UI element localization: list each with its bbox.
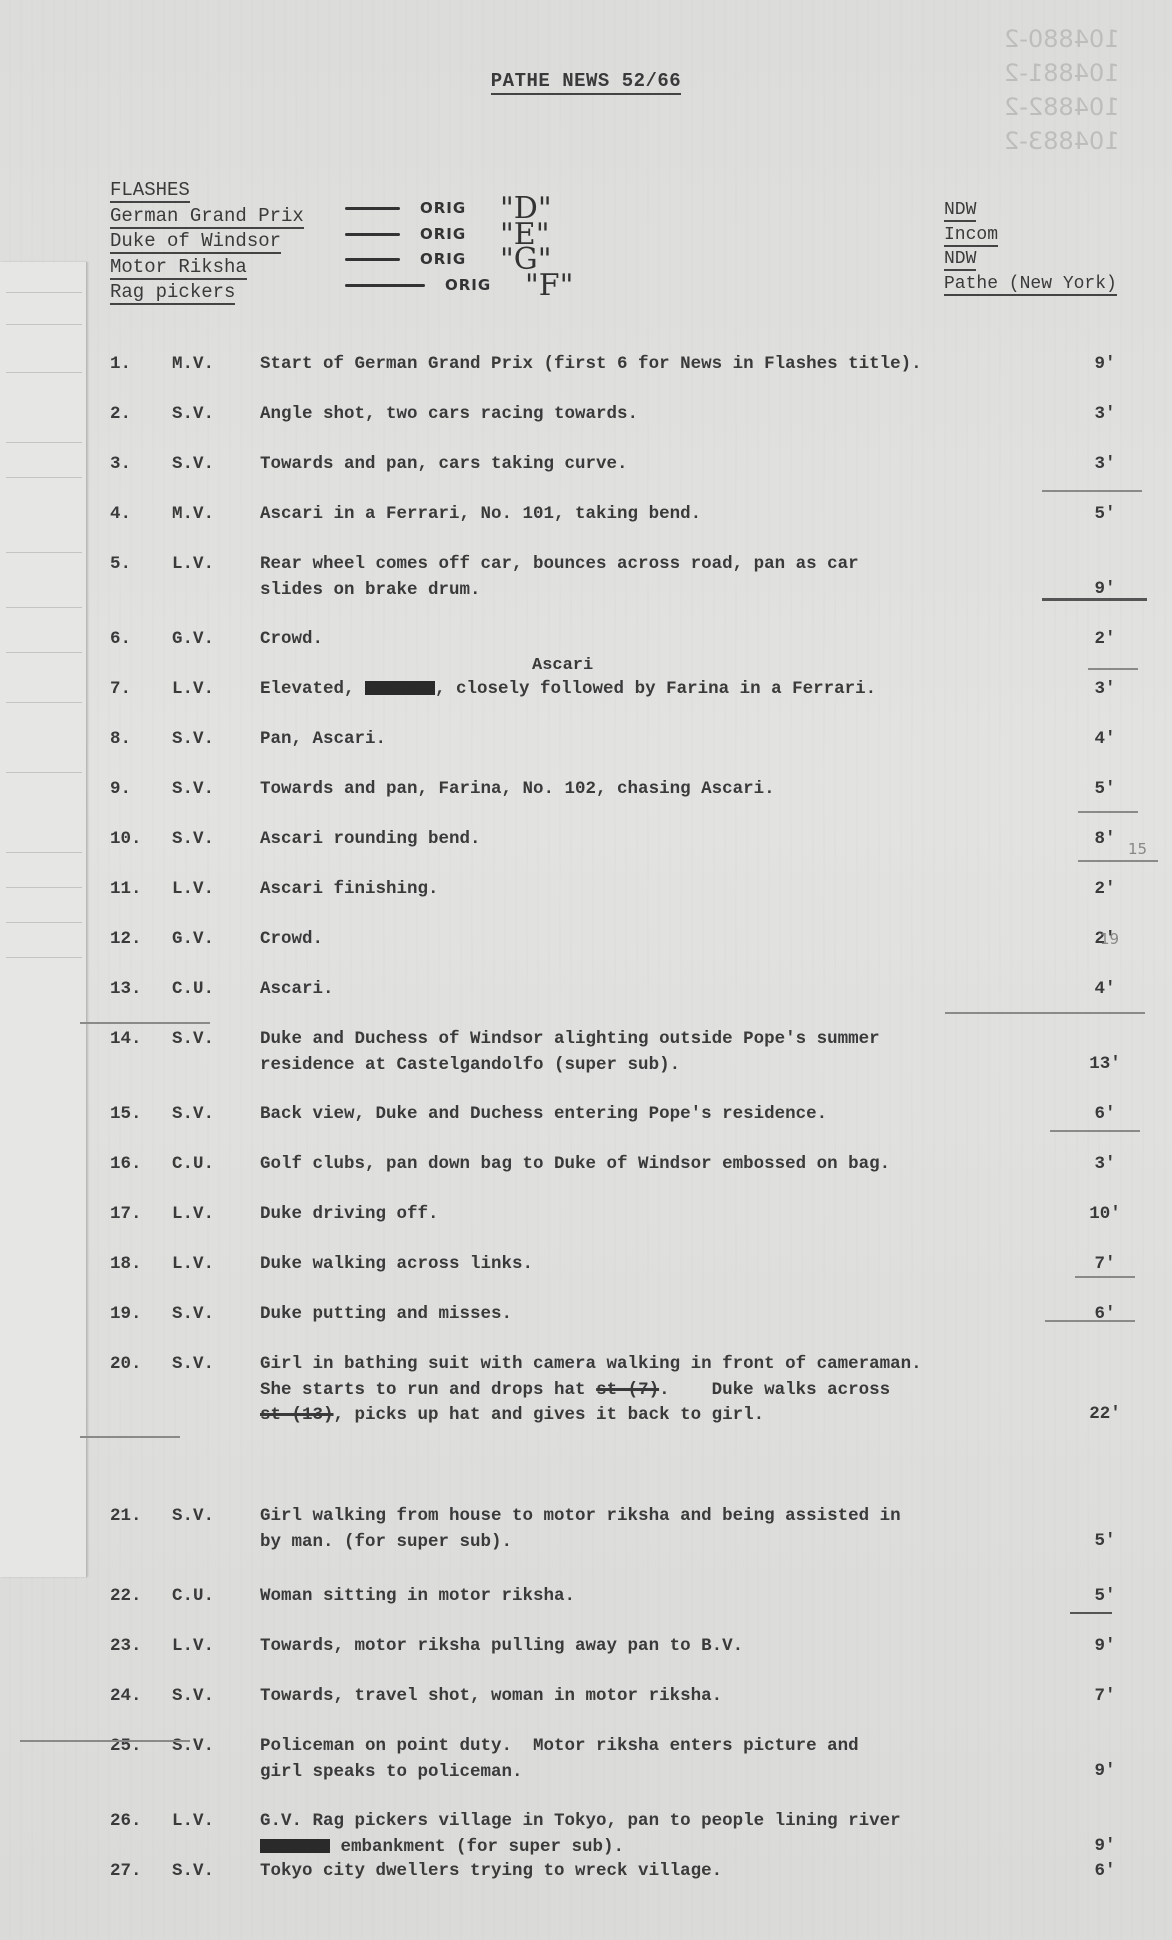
shot-type: S.V. (172, 1859, 232, 1885)
shot-description: Towards, motor riksha pulling away pan t… (260, 1634, 1060, 1660)
typed-correction: Ascari (532, 653, 593, 679)
shot-description: Crowd. (260, 927, 1060, 953)
shot-number: 18. (110, 1252, 150, 1278)
shot-footage: 7' (1070, 1684, 1140, 1710)
document-title: PATHE NEWS 52/66 (0, 70, 1172, 92)
shot-type: S.V. (172, 1302, 232, 1328)
shot-type: S.V. (172, 1352, 232, 1378)
shot-description: Duke putting and misses. (260, 1302, 1060, 1328)
pencil-rule (945, 1012, 1145, 1014)
source-item: Incom (944, 225, 998, 247)
shot-description: Golf clubs, pan down bag to Duke of Wind… (260, 1152, 1060, 1178)
ink-rule (1070, 1612, 1112, 1614)
shot-type: S.V. (172, 452, 232, 478)
shot-footage: 9' (1070, 1759, 1140, 1785)
shot-number: 12. (110, 927, 150, 953)
shot-type: S.V. (172, 727, 232, 753)
shot-type: G.V. (172, 927, 232, 953)
shot-number: 20. (110, 1352, 150, 1378)
shot-footage: 3' (1070, 1152, 1140, 1178)
shot-number: 9. (110, 777, 150, 803)
handwritten-orig-annotations: ORIG"D" ORIG"E" ORIG"G" ORIG"F" (345, 196, 573, 298)
shot-number: 19. (110, 1302, 150, 1328)
shot-description: Crowd. (260, 627, 1060, 653)
source-item: Pathe (New York) (944, 274, 1117, 296)
redacted-text (260, 1839, 330, 1853)
shot-type: L.V. (172, 1202, 232, 1228)
shot-type: M.V. (172, 502, 232, 528)
struck-text: st (7) (596, 1380, 659, 1400)
margin-note: 15 (1128, 840, 1147, 858)
shot-type: L.V. (172, 677, 232, 703)
shot-type: M.V. (172, 352, 232, 378)
shot-footage: 4' (1070, 727, 1140, 753)
ink-rule (1042, 598, 1147, 601)
shot-number: 4. (110, 502, 150, 528)
shot-footage: 2' (1070, 877, 1140, 903)
shot-number: 16. (110, 1152, 150, 1178)
shot-number: 5. (110, 552, 150, 578)
shot-description: Ascari in a Ferrari, No. 101, taking ben… (260, 502, 1060, 528)
pencil-rule (1042, 490, 1142, 492)
shot-type: S.V. (172, 777, 232, 803)
pencil-rule (80, 1022, 210, 1024)
shot-footage: 9' (1070, 1634, 1140, 1660)
flashes-heading: FLASHES (110, 179, 190, 203)
shot-footage: 3' (1070, 402, 1140, 428)
shot-footage: 6' (1070, 1102, 1140, 1128)
shot-description: Duke and Duchess of Windsor alighting ou… (260, 1027, 1060, 1078)
shot-type: S.V. (172, 1734, 232, 1760)
flash-item: German Grand Prix (110, 205, 304, 229)
shot-footage: 10' (1070, 1202, 1140, 1228)
shot-type: S.V. (172, 1027, 232, 1053)
shot-footage: 6' (1070, 1302, 1140, 1328)
shot-footage: 4' (1070, 977, 1140, 1003)
shot-type: S.V. (172, 402, 232, 428)
shot-type: S.V. (172, 1504, 232, 1530)
source-item: NDW (944, 249, 976, 271)
shot-type: L.V. (172, 877, 232, 903)
shot-type: L.V. (172, 1809, 232, 1835)
shot-description: Towards, travel shot, woman in motor rik… (260, 1684, 1060, 1710)
shot-description: Girl walking from house to motor riksha … (260, 1504, 1060, 1555)
source-item: NDW (944, 200, 976, 222)
shot-number: 14. (110, 1027, 150, 1053)
shot-number: 22. (110, 1584, 150, 1610)
shot-footage: 5' (1070, 502, 1140, 528)
shot-number: 8. (110, 727, 150, 753)
shot-description: Rear wheel comes off car, bounces across… (260, 552, 1060, 603)
shot-number: 21. (110, 1504, 150, 1530)
shot-description: Towards and pan, cars taking curve. (260, 452, 1060, 478)
shot-number: 24. (110, 1684, 150, 1710)
shot-footage: 9' (1070, 352, 1140, 378)
shot-footage: 5' (1070, 777, 1140, 803)
flashes-list: FLASHES German Grand Prix Duke of Windso… (110, 178, 304, 306)
shot-footage: 13' (1070, 1052, 1140, 1078)
shot-number: 2. (110, 402, 150, 428)
flash-item: Duke of Windsor (110, 230, 281, 254)
shot-type: S.V. (172, 1684, 232, 1710)
shot-type: S.V. (172, 1102, 232, 1128)
pencil-rule (1088, 668, 1138, 670)
shot-number: 1. (110, 352, 150, 378)
shot-type: G.V. (172, 627, 232, 653)
shot-footage: 6' (1070, 1859, 1140, 1885)
shot-description: Girl in bathing suit with camera walking… (260, 1352, 1060, 1429)
struck-text: st (13) (260, 1405, 334, 1425)
shot-number: 25. (110, 1734, 150, 1760)
shot-number: 26. (110, 1809, 150, 1835)
shot-type: L.V. (172, 552, 232, 578)
shot-description: Ascari rounding bend. (260, 827, 1060, 853)
pencil-rule (1078, 860, 1158, 862)
shot-description: Pan, Ascari. (260, 727, 1060, 753)
shot-type: L.V. (172, 1252, 232, 1278)
shot-footage: 5' (1070, 1529, 1140, 1555)
shot-number: 6. (110, 627, 150, 653)
shot-number: 13. (110, 977, 150, 1003)
pencil-rule (1045, 1320, 1135, 1322)
shot-description: Towards and pan, Farina, No. 102, chasin… (260, 777, 1060, 803)
source-list: NDW Incom NDW Pathe (New York) (944, 198, 1117, 296)
pencil-rule (1050, 1130, 1140, 1132)
flash-item: Rag pickers (110, 281, 235, 305)
attached-handwritten-slip (0, 262, 87, 1577)
shot-type: C.U. (172, 1584, 232, 1610)
shot-footage: 9' (1070, 1834, 1140, 1860)
shot-description: Angle shot, two cars racing towards. (260, 402, 1060, 428)
shot-type: C.U. (172, 977, 232, 1003)
shot-description: Duke walking across links. (260, 1252, 1060, 1278)
shot-footage: 5' (1070, 1584, 1140, 1610)
shot-description: Start of German Grand Prix (first 6 for … (260, 352, 1060, 378)
shot-number: 15. (110, 1102, 150, 1128)
shot-description: Tokyo city dwellers trying to wreck vill… (260, 1859, 1060, 1885)
pencil-rule (20, 1740, 190, 1742)
pencil-rule (1075, 1276, 1135, 1278)
shot-number: 27. (110, 1859, 150, 1885)
shot-number: 10. (110, 827, 150, 853)
shot-description: Policeman on point duty. Motor riksha en… (260, 1734, 1060, 1785)
shot-description: AscariElevated, , closely followed by Fa… (260, 677, 1060, 703)
shot-description: Ascari. (260, 977, 1060, 1003)
shot-number: 7. (110, 677, 150, 703)
shot-number: 23. (110, 1634, 150, 1660)
shot-description: G.V. Rag pickers village in Tokyo, pan t… (260, 1809, 1060, 1860)
margin-note: 19 (1100, 930, 1119, 948)
shot-description: Back view, Duke and Duchess entering Pop… (260, 1102, 1060, 1128)
shot-description: Ascari finishing. (260, 877, 1060, 903)
shot-description: Duke driving off. (260, 1202, 1060, 1228)
pencil-rule (80, 1436, 180, 1438)
shot-type: S.V. (172, 827, 232, 853)
shot-footage: 3' (1070, 452, 1140, 478)
shot-footage: 2' (1070, 627, 1140, 653)
shot-number: 3. (110, 452, 150, 478)
shot-type: L.V. (172, 1634, 232, 1660)
shot-number: 11. (110, 877, 150, 903)
shot-footage: 3' (1070, 677, 1140, 703)
shot-description: Woman sitting in motor riksha. (260, 1584, 1060, 1610)
shot-type: C.U. (172, 1152, 232, 1178)
shot-footage: 22' (1070, 1402, 1140, 1428)
shot-number: 17. (110, 1202, 150, 1228)
flash-item: Motor Riksha (110, 256, 247, 280)
redacted-text (365, 681, 435, 695)
shot-footage: 7' (1070, 1252, 1140, 1278)
pencil-rule (1078, 811, 1138, 813)
